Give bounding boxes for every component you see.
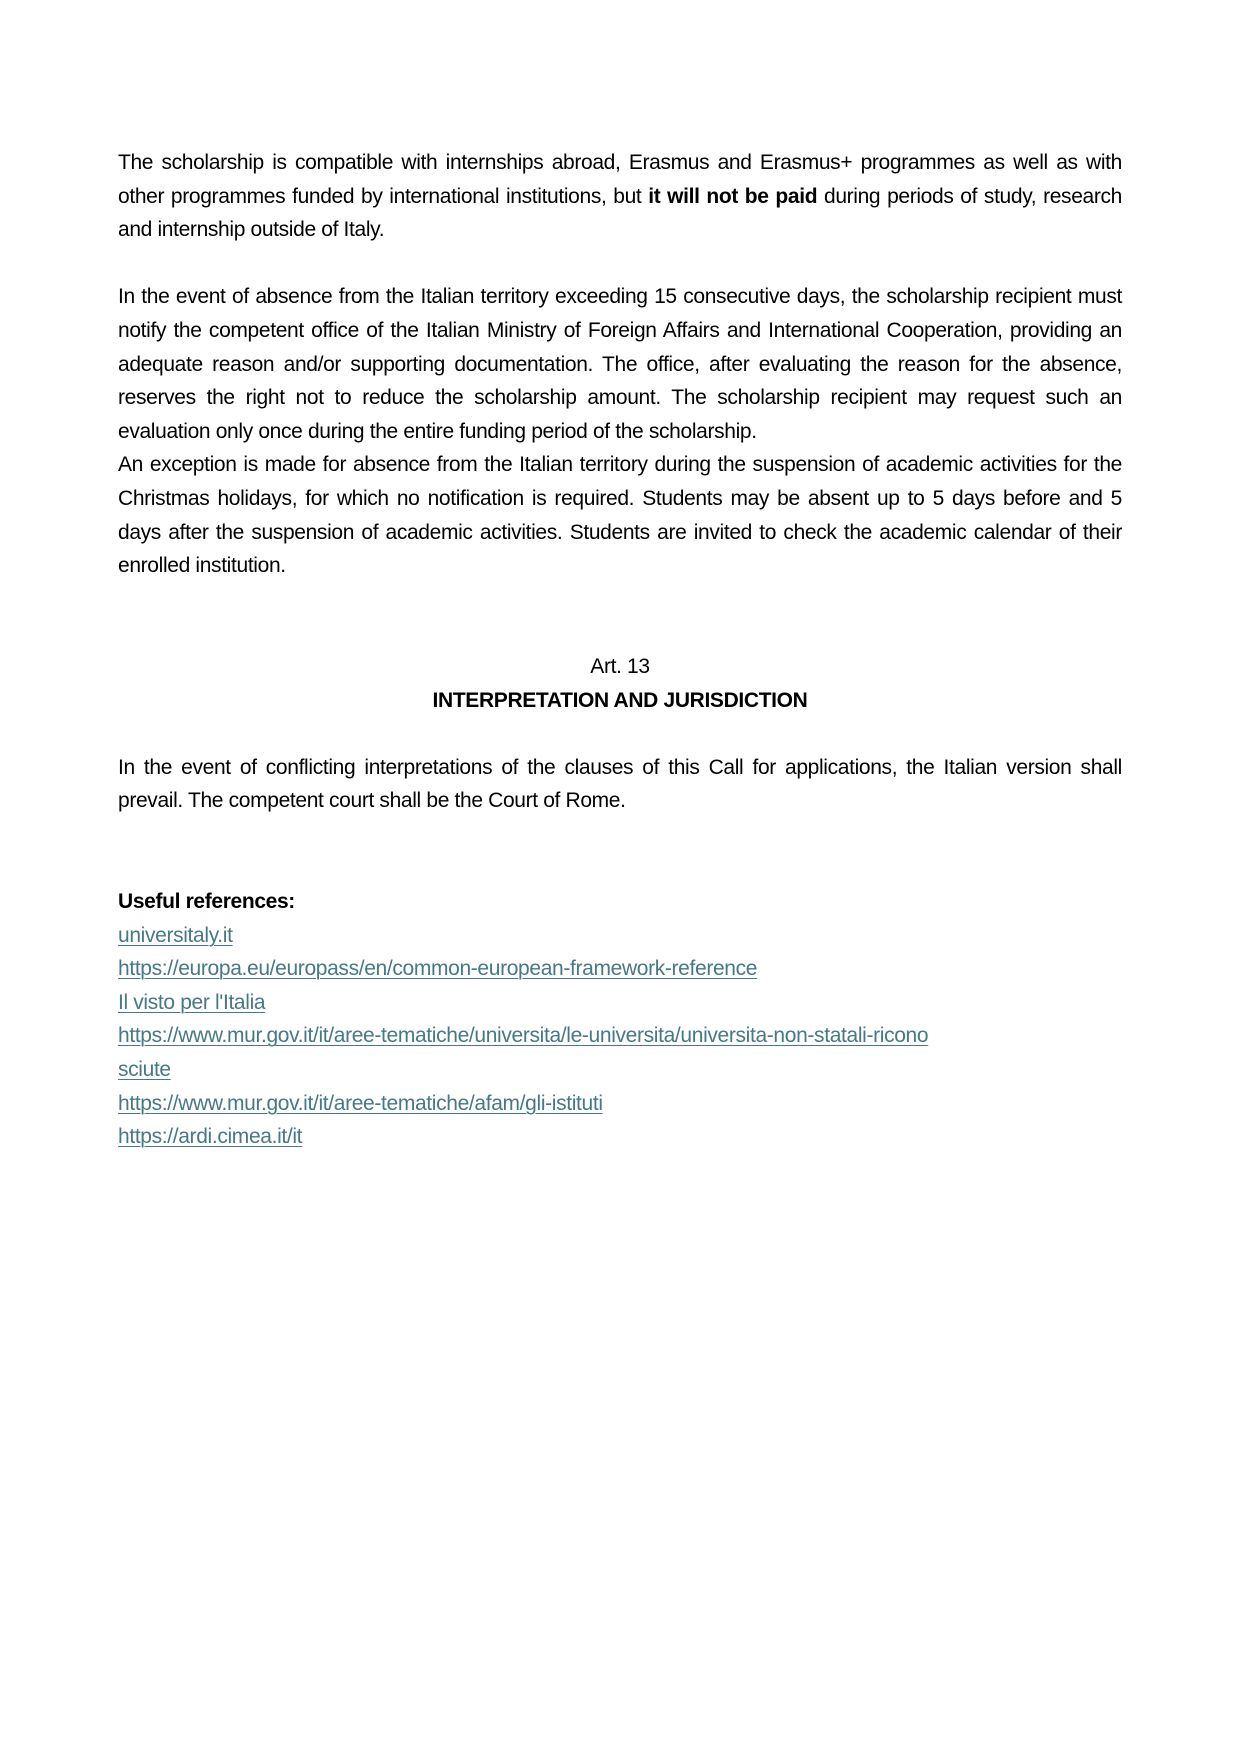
article-body: In the event of conflicting interpretati… [118, 751, 1122, 818]
references-heading: Useful references: [118, 885, 1122, 919]
references-list: universitaly.it https://europa.eu/europa… [118, 919, 1122, 1154]
article-title: INTERPRETATION AND JURISDICTION [118, 684, 1122, 718]
reference-link-europass[interactable]: https://europa.eu/europass/en/common-eur… [118, 952, 1122, 986]
paragraph-absence: In the event of absence from the Italian… [118, 280, 1122, 448]
reference-link-visa[interactable]: Il visto per l'Italia [118, 986, 1122, 1020]
paragraph-compatibility: The scholarship is compatible with inter… [118, 146, 1122, 247]
bold-not-paid: it will not be paid [648, 185, 817, 208]
document-page: The scholarship is compatible with inter… [118, 146, 1122, 1154]
reference-link-mur-universita[interactable]: https://www.mur.gov.it/it/aree-tematiche… [118, 1019, 938, 1086]
reference-link-mur-afam[interactable]: https://www.mur.gov.it/it/aree-tematiche… [118, 1087, 1122, 1121]
reference-link-universitaly[interactable]: universitaly.it [118, 919, 1122, 953]
article-number: Art. 13 [118, 650, 1122, 684]
paragraph-exception: An exception is made for absence from th… [118, 448, 1122, 582]
reference-link-cimea[interactable]: https://ardi.cimea.it/it [118, 1120, 1122, 1154]
